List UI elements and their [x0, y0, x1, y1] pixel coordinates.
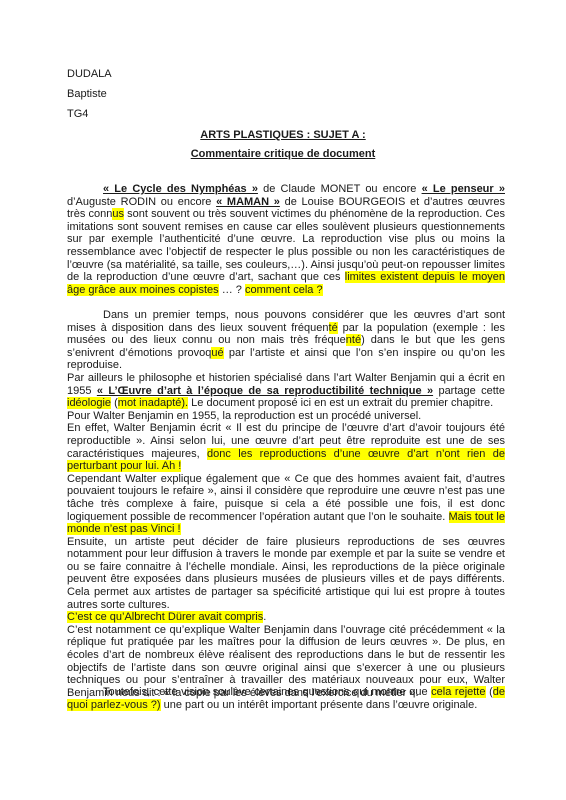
paragraph: Par ailleurs le philosophe et historien … — [67, 372, 505, 410]
text: Cependant Walter explique également que … — [67, 473, 505, 523]
highlight: comment cela ? — [245, 284, 323, 296]
text: une part ou un intérêt important présent… — [161, 699, 478, 711]
highlight: idéologie — [67, 397, 111, 409]
part-two: Toutefois, cette vision soulève certaine… — [67, 686, 505, 711]
highlight: ué — [211, 347, 223, 359]
text: . — [263, 611, 266, 623]
student-last-name: DUDALA — [67, 68, 112, 81]
text: d’Auguste RODIN ou encore — [67, 196, 216, 208]
document-page: DUDALA Baptiste TG4 ARTS PLASTIQUES : SU… — [0, 0, 566, 800]
student-first-name: Baptiste — [67, 88, 107, 101]
paragraph: Ensuite, un artiste peut décider de fair… — [67, 536, 505, 612]
text: partage cette — [433, 385, 505, 397]
highlight: cela rejette — [431, 686, 485, 698]
part-one: Dans un premier temps, nous pouvons cons… — [67, 309, 505, 699]
text: ( — [111, 397, 118, 409]
highlight: C’est ce qu’Albrecht Dürer avait compris — [67, 611, 263, 623]
text: … ? — [219, 284, 245, 296]
text: Toutefois, cette vision soulève certaine… — [103, 686, 431, 698]
work-title: « MAMAN » — [216, 196, 280, 208]
work-title: « L’Œuvre d’art à l’époque de sa reprodu… — [97, 385, 433, 397]
text: ( — [486, 686, 493, 698]
highlight: mot inadapté). — [118, 397, 188, 409]
paragraph: Dans un premier temps, nous pouvons cons… — [67, 309, 505, 372]
work-title: « Le penseur » — [422, 183, 505, 195]
paragraph: Pour Walter Benjamin en 1955, la reprodu… — [67, 410, 505, 423]
text: Le document proposé ici en est un extrai… — [188, 397, 493, 409]
document-subtitle: Commentaire critique de document — [0, 148, 566, 161]
paragraph: C’est ce qu’Albrecht Dürer avait compris… — [67, 611, 505, 624]
highlight: nté — [346, 334, 361, 346]
highlight: us — [112, 208, 124, 220]
document-title: ARTS PLASTIQUES : SUJET A : — [0, 129, 566, 142]
paragraph: Cependant Walter explique également que … — [67, 473, 505, 536]
work-title: « Le Cycle des Nymphéas » — [103, 183, 258, 195]
highlight: té — [329, 322, 338, 334]
student-class: TG4 — [67, 108, 88, 121]
paragraph: En effet, Walter Benjamin écrit « Il est… — [67, 422, 505, 472]
introduction-paragraph: « Le Cycle des Nymphéas » de Claude MONE… — [67, 183, 505, 296]
text: de Claude MONET ou encore — [258, 183, 422, 195]
